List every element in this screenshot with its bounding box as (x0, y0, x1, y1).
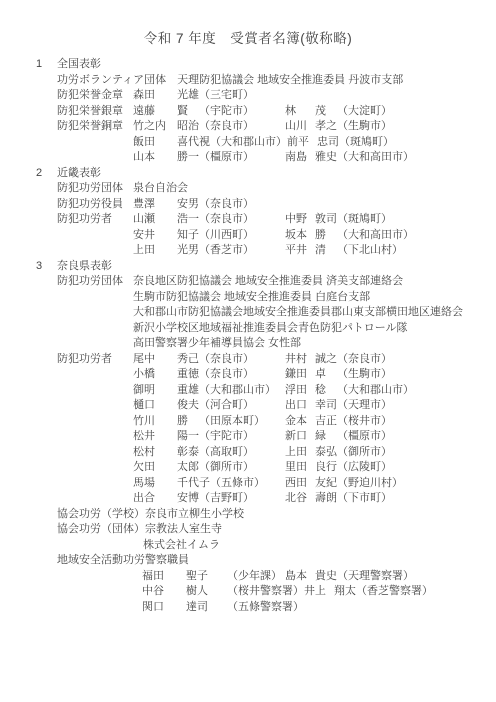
recipient-given-name: 茂 (315, 104, 337, 120)
section-title: 近畿表彰 (57, 166, 101, 182)
recipient: 竹川勝（田原本町） (133, 414, 285, 430)
recipient-given-name: 光雄 (177, 88, 199, 104)
recipient-family-name: 山川 (285, 119, 315, 135)
recipient-location: （奈良市） (199, 212, 254, 228)
recipient-given-name: 泰弘 (315, 445, 337, 461)
recipient-family-name: 竹之内 (133, 119, 177, 135)
recipient-family-name: 中谷 (142, 584, 186, 600)
recipient-family-name: 飯田 (133, 135, 177, 151)
recipient-location: （下市町） (337, 491, 392, 507)
recipient-family-name: 里田 (285, 460, 315, 476)
recipient-location: （斑鳩町） (339, 135, 394, 151)
org-name: 宗教法人室生寺 (145, 522, 222, 538)
award-row: 防犯栄誉銀章 遠藤賢（宇陀市） 林茂（大淀町） (0, 104, 496, 120)
award-row: 樋口俊夫（河合町） 出口幸司（天理市） (0, 398, 496, 414)
recipient: 遠藤賢（宇陀市） (133, 104, 285, 120)
award-row: 上田光男（香芝市） 平井清（下北山村） (0, 243, 496, 259)
recipient-family-name: 福田 (142, 569, 186, 585)
award-category-label: 協会功労（団体） (57, 522, 145, 538)
award-row: 小橋重徳（奈良市） 鎌田卓（生駒市） (0, 367, 496, 383)
org-name: 奈良市立柳生小学校 (145, 507, 244, 523)
section-number: 3 (36, 259, 57, 275)
recipient-location: （奈良市） (199, 367, 254, 383)
recipient-given-name: 喜代視 (177, 135, 210, 151)
recipient-given-name: 聖子 (186, 569, 227, 585)
recipient-family-name: 尾中 (133, 352, 177, 368)
recipient-family-name: 前平 (287, 135, 317, 151)
award-row: 福田聖子（少年課） 島本貴史（天理警察署） (0, 569, 496, 585)
recipient-given-name: 友紀 (315, 476, 337, 492)
recipient-family-name: 北谷 (285, 491, 315, 507)
award-row: 竹川勝（田原本町） 金本吉正（桜井市） (0, 414, 496, 430)
recipient: 竹之内昭治（奈良市） (133, 119, 285, 135)
recipient-location: （桜井警察署） (227, 584, 304, 600)
recipient-family-name: 竹川 (133, 414, 177, 430)
recipient-family-name: 馬場 (133, 476, 177, 492)
award-row: 欠田太郎（御所市） 里田良行（広陵町） (0, 460, 496, 476)
recipient-location: （大和郡山市） (337, 383, 414, 399)
award-category-label: 功労ボランティア団体 (57, 73, 166, 89)
award-category-label: 防犯功労団体 (57, 181, 133, 197)
section-title: 奈良県表彰 (57, 259, 112, 275)
recipient-location: （田原本町） (199, 414, 265, 430)
award-category-label: 地域安全活動功労警察職員 (57, 553, 189, 569)
recipient: 尾中秀己（奈良市） (133, 352, 285, 368)
recipient-location: （斑鳩町） (337, 212, 392, 228)
recipient-family-name: 坂本 (285, 228, 315, 244)
recipient-location: （奈良市） (199, 119, 254, 135)
recipient-given-name: 昭治 (177, 119, 199, 135)
recipient-location: （大和高田市） (337, 150, 414, 166)
award-row: 新沢小学校区地域福祉推進委員会青色防犯パトロール隊 (0, 321, 496, 337)
recipient: 新口緑（橿原市） (285, 429, 392, 445)
recipient: 御明重雄（大和郡山市） (133, 383, 285, 399)
recipient-given-name: 光男 (177, 243, 199, 259)
recipient-given-name: 俊夫 (177, 398, 199, 414)
recipient: 里田良行（広陵町） (285, 460, 392, 476)
award-row: 防犯功労者 山瀬浩一（奈良市） 中野敦司（斑鳩町） (0, 212, 496, 228)
recipient-location: （川西町） (199, 228, 254, 244)
recipient-location: （広陵町） (337, 460, 392, 476)
recipient-family-name: 安井 (133, 228, 177, 244)
recipient-family-name: 小橋 (133, 367, 177, 383)
recipient-family-name: 豊澤 (133, 197, 177, 213)
recipient-family-name: 浮田 (285, 383, 315, 399)
recipient-location: （大和郡山市） (210, 135, 287, 151)
recipient-given-name: 重徳 (177, 367, 199, 383)
org-name: 株式会社イムラ (143, 538, 220, 554)
award-category-label: 防犯功労者 (57, 212, 133, 228)
award-row: 防犯功労団体奈良地区防犯協議会 地域安全推進委員 済美支部連絡会 (0, 274, 496, 290)
recipient-location: （三宅町） (199, 88, 254, 104)
recipient-location: （橿原市） (337, 429, 392, 445)
recipient-location: （宇陀市） (199, 104, 254, 120)
org-name: 泉台自治会 (133, 181, 188, 197)
recipient-family-name: 欠田 (133, 460, 177, 476)
recipient-location: （少年課） (227, 569, 282, 585)
document-page: 令和 7 年度 受賞者名簿(敬称略) 1全国表彰 功労ボランティア団体天理防犯協… (0, 0, 496, 702)
recipient-given-name: 安男 (177, 197, 199, 213)
document-body: 1全国表彰 功労ボランティア団体天理防犯協議会 地域安全推進委員 丹波市支部 防… (0, 57, 496, 615)
recipient-family-name: 山本 (133, 150, 177, 166)
recipient-location: （下北山村） (337, 243, 403, 259)
recipient-location: （宇陀市） (199, 429, 254, 445)
recipient-location: （吉野町） (199, 491, 254, 507)
org-name: 生駒市防犯協議会 地域安全推進委員 白庭台支部 (133, 290, 370, 306)
recipient-given-name: 彰泰 (177, 445, 199, 461)
section-heading: 2近畿表彰 (0, 166, 496, 182)
recipient-location: （香芝市） (199, 243, 254, 259)
recipient: 安井知子（川西町） (133, 228, 285, 244)
award-row: 松井陽一（宇陀市） 新口緑（橿原市） (0, 429, 496, 445)
award-row: 山本勝一（橿原市） 南島雅史（大和高田市） (0, 150, 496, 166)
recipient-given-name: 壽朗 (315, 491, 337, 507)
award-row: 防犯功労役員 豊澤安男（奈良市） (0, 197, 496, 213)
section-number: 1 (36, 57, 57, 73)
recipient-location: （高取町） (199, 445, 254, 461)
recipient: 出口幸司（天理市） (285, 398, 392, 414)
recipient: 浮田稔（大和郡山市） (285, 383, 414, 399)
award-row: 協会功労（団体）宗教法人室生寺 (0, 522, 496, 538)
recipient: 林茂（大淀町） (285, 104, 392, 120)
award-row: 生駒市防犯協議会 地域安全推進委員 白庭台支部 (0, 290, 496, 306)
recipient-given-name: 緑 (315, 429, 337, 445)
award-category-label: 防犯栄誉金章 (57, 88, 133, 104)
recipient-location: （野迫川村） (337, 476, 403, 492)
recipient-given-name: 秀己 (177, 352, 199, 368)
recipient: 金本吉正（桜井市） (285, 414, 392, 430)
award-row: 飯田喜代視（大和郡山市） 前平忠司（斑鳩町） (0, 135, 496, 151)
recipient-family-name: 森田 (133, 88, 177, 104)
recipient: 出合安博（吉野町） (133, 491, 285, 507)
recipient-family-name: 御明 (133, 383, 177, 399)
recipient-family-name: 上田 (133, 243, 177, 259)
award-category-label: 防犯栄誉銀章 (57, 104, 133, 120)
award-row: 功労ボランティア団体天理防犯協議会 地域安全推進委員 丹波市支部 (0, 73, 496, 89)
org-name: 奈良地区防犯協議会 地域安全推進委員 済美支部連絡会 (133, 274, 403, 290)
recipient-location: （大和郡山市） (199, 383, 276, 399)
recipient-given-name: 幸司 (315, 398, 337, 414)
award-row: 株式会社イムラ (0, 538, 496, 554)
award-row: 防犯功労者 尾中秀己（奈良市） 井村誠之（奈良市） (0, 352, 496, 368)
recipient-given-name: 敦司 (315, 212, 337, 228)
recipient-given-name: 翔太 (334, 584, 356, 600)
award-row: 防犯功労団体泉台自治会 (0, 181, 496, 197)
recipient: 鎌田卓（生駒市） (285, 367, 392, 383)
recipient: 中谷樹人（桜井警察署） (142, 584, 304, 600)
section-title: 全国表彰 (57, 57, 101, 73)
recipient: 馬場千代子（五條市） (133, 476, 285, 492)
recipient-given-name: 雅史 (315, 150, 337, 166)
org-name: 天理防犯協議会 地域安全推進委員 丹波市支部 (177, 73, 403, 89)
recipient-location: （香芝警察署） (356, 584, 433, 600)
recipient: 森田光雄（三宅町） (133, 88, 285, 104)
recipient: 島本貴史（天理警察署） (285, 569, 414, 585)
award-row: 松村彰泰（高取町） 上田泰弘（御所市） (0, 445, 496, 461)
recipient-given-name: 良行 (315, 460, 337, 476)
recipient-location: （橿原市） (199, 150, 254, 166)
recipient-given-name: 知子 (177, 228, 199, 244)
recipient: 松村彰泰（高取町） (133, 445, 285, 461)
recipient-given-name: 稔 (315, 383, 337, 399)
org-name: 大和郡山市防犯協議会地域安全推進委員郡山東支部横田地区連絡会 (133, 305, 463, 321)
recipient-family-name: 遠藤 (133, 104, 177, 120)
recipient: 樋口俊夫（河合町） (133, 398, 285, 414)
recipient: 中野敦司（斑鳩町） (285, 212, 392, 228)
recipient-location: （大和高田市） (337, 228, 414, 244)
award-category-label: 防犯功労団体 (57, 274, 133, 290)
recipient: 南島雅史（大和高田市） (285, 150, 414, 166)
recipient-family-name: 松村 (133, 445, 177, 461)
recipient-given-name: 重雄 (177, 383, 199, 399)
recipient-given-name: 孝之 (315, 119, 337, 135)
recipient-family-name: 島本 (285, 569, 315, 585)
recipient-location: （御所市） (199, 460, 254, 476)
org-name: 高田警察署少年補導員協会 女性部 (133, 336, 301, 352)
recipient-family-name: 中野 (285, 212, 315, 228)
award-row: 地域安全活動功労警察職員 (0, 553, 496, 569)
recipient-given-name: 勝一 (177, 150, 199, 166)
recipient-given-name: 安博 (177, 491, 199, 507)
recipient-family-name: 上田 (285, 445, 315, 461)
award-row: 協会功労（学校）奈良市立柳生小学校 (0, 507, 496, 523)
recipient-location: （桜井市） (337, 414, 392, 430)
recipient-location: （天理市） (337, 398, 392, 414)
recipient-family-name: 新口 (285, 429, 315, 445)
recipient-given-name: 誠之 (315, 352, 337, 368)
recipient-given-name: 勝 (177, 414, 199, 430)
recipient: 小橋重徳（奈良市） (133, 367, 285, 383)
award-category-label: 協会功労（学校） (57, 507, 145, 523)
award-row: 防犯栄誉金章 森田光雄（三宅町） (0, 88, 496, 104)
recipient: 関口達司（五條警察署） (142, 600, 304, 616)
recipient-given-name: 貴史 (315, 569, 337, 585)
award-row: 防犯栄誉銅章 竹之内昭治（奈良市） 山川孝之（生駒市） (0, 119, 496, 135)
recipient-family-name: 樋口 (133, 398, 177, 414)
recipient: 井村誠之（奈良市） (285, 352, 392, 368)
recipient-given-name: 忠司 (317, 135, 339, 151)
recipient: 欠田太郎（御所市） (133, 460, 285, 476)
recipient: 西田友紀（野迫川村） (285, 476, 403, 492)
award-row: 安井知子（川西町） 坂本勝（大和高田市） (0, 228, 496, 244)
recipient-family-name: 林 (285, 104, 315, 120)
recipient-family-name: 平井 (285, 243, 315, 259)
recipient: 上田泰弘（御所市） (285, 445, 392, 461)
recipient-location: （奈良市） (337, 352, 392, 368)
recipient-family-name: 南島 (285, 150, 315, 166)
award-category-label: 防犯功労役員 (57, 197, 133, 213)
award-row: 大和郡山市防犯協議会地域安全推進委員郡山東支部横田地区連絡会 (0, 305, 496, 321)
recipient-family-name: 松井 (133, 429, 177, 445)
award-row: 馬場千代子（五條市） 西田友紀（野迫川村） (0, 476, 496, 492)
recipient-location: （生駒市） (337, 367, 392, 383)
recipient: 平井清（下北山村） (285, 243, 403, 259)
recipient-given-name: 清 (315, 243, 337, 259)
recipient-family-name: 関口 (142, 600, 186, 616)
award-row: 高田警察署少年補導員協会 女性部 (0, 336, 496, 352)
recipient: 飯田喜代視（大和郡山市） (133, 135, 287, 151)
recipient-location: （大淀町） (337, 104, 392, 120)
recipient-location: （五條警察署） (227, 600, 304, 616)
recipient-location: （五條市） (210, 476, 265, 492)
recipient-location: （河合町） (199, 398, 254, 414)
org-name: 新沢小学校区地域福祉推進委員会青色防犯パトロール隊 (133, 321, 408, 337)
recipient: 上田光男（香芝市） (133, 243, 285, 259)
recipient: 豊澤安男（奈良市） (133, 197, 285, 213)
recipient-location: （御所市） (337, 445, 392, 461)
recipient-given-name: 陽一 (177, 429, 199, 445)
recipient: 坂本勝（大和高田市） (285, 228, 414, 244)
recipient: 前平忠司（斑鳩町） (287, 135, 394, 151)
recipient-location: （奈良市） (199, 197, 254, 213)
recipient-given-name: 達司 (186, 600, 227, 616)
recipient-location: （天理警察署） (337, 569, 414, 585)
recipient-family-name: 井上 (304, 584, 334, 600)
recipient-family-name: 金本 (285, 414, 315, 430)
recipient-given-name: 樹人 (186, 584, 227, 600)
recipient: 福田聖子（少年課） (142, 569, 285, 585)
recipient-given-name: 浩一 (177, 212, 199, 228)
award-row: 出合安博（吉野町） 北谷壽朗（下市町） (0, 491, 496, 507)
award-row: 御明重雄（大和郡山市） 浮田稔（大和郡山市） (0, 383, 496, 399)
recipient-family-name: 西田 (285, 476, 315, 492)
recipient-family-name: 出口 (285, 398, 315, 414)
recipient-family-name: 井村 (285, 352, 315, 368)
recipient-family-name: 出合 (133, 491, 177, 507)
award-category-label: 防犯栄誉銅章 (57, 119, 133, 135)
recipient: 山本勝一（橿原市） (133, 150, 285, 166)
section-heading: 3奈良県表彰 (0, 259, 496, 275)
award-row: 関口達司（五條警察署） (0, 600, 496, 616)
recipient: 松井陽一（宇陀市） (133, 429, 285, 445)
recipient-given-name: 吉正 (315, 414, 337, 430)
recipient: 山川孝之（生駒市） (285, 119, 392, 135)
recipient: 山瀬浩一（奈良市） (133, 212, 285, 228)
section-number: 2 (36, 166, 57, 182)
recipient: 井上翔太（香芝警察署） (304, 584, 433, 600)
recipient: 北谷壽朗（下市町） (285, 491, 392, 507)
recipient-family-name: 山瀬 (133, 212, 177, 228)
recipient-location: （奈良市） (199, 352, 254, 368)
recipient-given-name: 千代子 (177, 476, 210, 492)
page-title: 令和 7 年度 受賞者名簿(敬称略) (0, 0, 496, 47)
recipient-location: （生駒市） (337, 119, 392, 135)
section-heading: 1全国表彰 (0, 57, 496, 73)
recipient-family-name: 鎌田 (285, 367, 315, 383)
award-row: 中谷樹人（桜井警察署） 井上翔太（香芝警察署） (0, 584, 496, 600)
recipient-given-name: 卓 (315, 367, 337, 383)
recipient-given-name: 太郎 (177, 460, 199, 476)
recipient-given-name: 賢 (177, 104, 199, 120)
award-category-label: 防犯功労者 (57, 352, 133, 368)
recipient-given-name: 勝 (315, 228, 337, 244)
